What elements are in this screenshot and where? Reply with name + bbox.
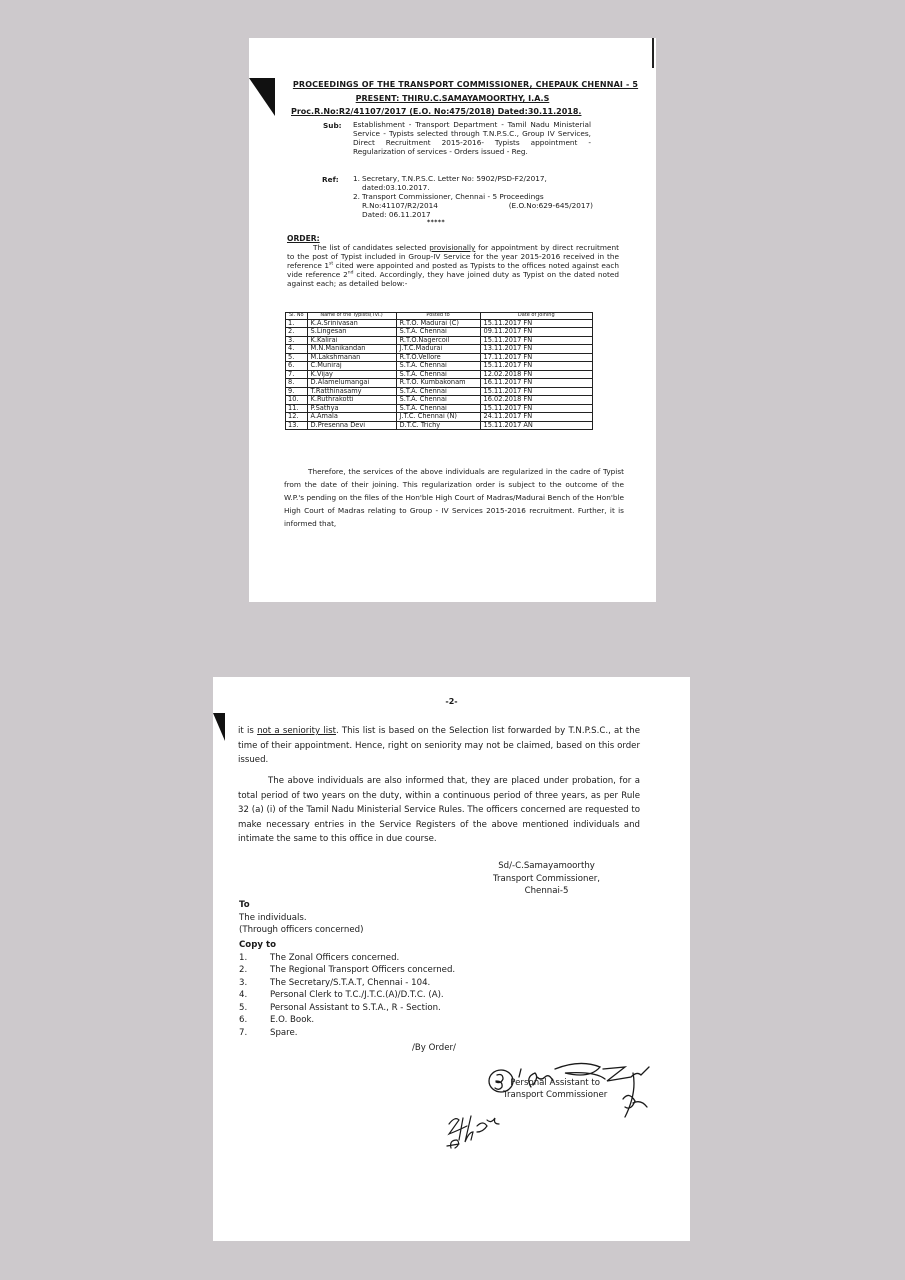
subject-label: Sub: xyxy=(323,121,342,130)
cell-typist-name: D.Alamelumangai xyxy=(307,379,396,388)
cell-typist-name: A.Amala xyxy=(307,413,396,422)
to-line: The individuals. xyxy=(239,912,363,925)
document-page-1: PROCEEDINGS OF THE TRANSPORT COMMISSIONE… xyxy=(249,38,656,602)
commissioner-signature-block: Sd/-C.Samayamoorthy Transport Commission… xyxy=(493,860,600,898)
cell-date-of-joining: 16.11.2017 FN xyxy=(480,379,592,388)
cell-sl-no: 2. xyxy=(286,328,308,337)
copy-to-list: 1.The Zonal Officers concerned.2.The Reg… xyxy=(239,952,455,1040)
pa-line: Personal Assistant to xyxy=(503,1077,607,1089)
reference-item: 1. Secretary, T.N.P.S.C. Letter No: 5902… xyxy=(353,174,593,192)
cell-sl-no: 12. xyxy=(286,413,308,422)
table-row: 6.C.MunirajS.T.A. Chennai15.11.2017 FN xyxy=(286,362,593,371)
page-edge-mark xyxy=(652,38,654,68)
cell-posted-to: J.T.C.Madurai xyxy=(396,345,480,354)
copy-to-item: 6.E.O. Book. xyxy=(239,1014,455,1027)
copy-to-item: 1.The Zonal Officers concerned. xyxy=(239,952,455,965)
cell-posted-to: D.T.C. Trichy xyxy=(396,421,480,430)
proceedings-title: PROCEEDINGS OF THE TRANSPORT COMMISSIONE… xyxy=(275,79,656,90)
signatory-designation: Transport Commissioner, xyxy=(493,873,600,886)
order-paragraph: The list of candidates selected provisio… xyxy=(287,243,619,288)
cell-typist-name: D.Presenna Devi xyxy=(307,421,396,430)
reference-label: Ref: xyxy=(322,175,339,184)
cell-sl-no: 13. xyxy=(286,421,308,430)
cell-typist-name: M.N.Manikandan xyxy=(307,345,396,354)
cell-posted-to: S.T.A. Chennai xyxy=(396,328,480,337)
by-order-text: /By Order/ xyxy=(412,1043,456,1053)
table-row: 13.D.Presenna DeviD.T.C. Trichy15.11.201… xyxy=(286,421,593,430)
separator-stars: ***** xyxy=(427,219,445,226)
table-row: 8.D.AlamelumangaiR.T.O. Kumbakonam16.11.… xyxy=(286,379,593,388)
table-row: 10.K.RuthrakottiS.T.A. Chennai16.02.2018… xyxy=(286,396,593,405)
cell-date-of-joining: 16.02.2018 FN xyxy=(480,396,592,405)
addressee-block: To The individuals. (Through officers co… xyxy=(239,899,363,937)
cell-date-of-joining: 15.11.2017 AN xyxy=(480,421,592,430)
cell-typist-name: S.Lingesan xyxy=(307,328,396,337)
cell-date-of-joining: 13.11.2017 FN xyxy=(480,345,592,354)
initial-and-date-scribble-icon xyxy=(443,1102,513,1152)
cell-sl-no: 10. xyxy=(286,396,308,405)
copy-to-item: 5.Personal Assistant to S.T.A., R - Sect… xyxy=(239,1002,455,1015)
reference-item: 2. Transport Commissioner, Chennai - 5 P… xyxy=(353,192,593,219)
subject-text: Establishment - Transport Department - T… xyxy=(353,120,591,156)
cell-typist-name: C.Muniraj xyxy=(307,362,396,371)
reference-list: 1. Secretary, T.N.P.S.C. Letter No: 5902… xyxy=(353,174,593,219)
seniority-paragraph: it is not a seniority list. This list is… xyxy=(238,724,640,768)
order-heading: ORDER: xyxy=(287,234,320,243)
page-number: -2- xyxy=(213,697,690,706)
cell-posted-to: R.T.O. Kumbakonam xyxy=(396,379,480,388)
cell-date-of-joining: 15.11.2017 FN xyxy=(480,362,592,371)
to-line: (Through officers concerned) xyxy=(239,924,363,937)
cell-sl-no: 8. xyxy=(286,379,308,388)
cell-date-of-joining: 24.11.2017 FN xyxy=(480,413,592,422)
proceedings-reference-number: Proc.R.No:R2/41107/2017 (E.O. No:475/201… xyxy=(291,106,656,117)
copy-to-block: Copy to 1.The Zonal Officers concerned.2… xyxy=(239,939,455,1039)
cell-posted-to: S.T.A. Chennai xyxy=(396,396,480,405)
table-row: 12.A.AmalaJ.T.C. Chennai (N)24.11.2017 F… xyxy=(286,413,593,422)
cell-sl-no: 4. xyxy=(286,345,308,354)
cell-date-of-joining: 09.11.2017 FN xyxy=(480,328,592,337)
probation-paragraph: The above individuals are also informed … xyxy=(238,774,640,847)
signatory-name: Sd/-C.Samayamoorthy xyxy=(493,860,600,873)
personal-assistant-block: Personal Assistant to Transport Commissi… xyxy=(503,1077,607,1101)
present-officer: PRESENT: THIRU.C.SAMAYAMOORTHY, I.A.S xyxy=(249,93,656,104)
cell-posted-to: J.T.C. Chennai (N) xyxy=(396,413,480,422)
to-heading: To xyxy=(239,899,363,912)
copy-to-heading: Copy to xyxy=(239,939,455,952)
copy-to-item: 4.Personal Clerk to T.C./J.T.C.(A)/D.T.C… xyxy=(239,989,455,1002)
copy-to-item: 7.Spare. xyxy=(239,1027,455,1040)
cell-sl-no: 6. xyxy=(286,362,308,371)
typists-table: Sl. No Name of the Typists(Tvl.) Posted … xyxy=(285,312,593,430)
signatory-location: Chennai-5 xyxy=(493,885,600,898)
corner-scan-mark xyxy=(213,713,225,741)
table-row: 4.M.N.ManikandanJ.T.C.Madurai13.11.2017 … xyxy=(286,345,593,354)
document-page-2: -2- it is not a seniority list. This lis… xyxy=(213,677,690,1241)
table-row: 2.S.LingesanS.T.A. Chennai09.11.2017 FN xyxy=(286,328,593,337)
cell-typist-name: K.Ruthrakotti xyxy=(307,396,396,405)
copy-to-item: 2.The Regional Transport Officers concer… xyxy=(239,964,455,977)
pa-line: Transport Commissioner xyxy=(503,1089,607,1101)
regularization-paragraph: Therefore, the services of the above ind… xyxy=(284,465,624,530)
typists-table-body: 1.K.A.SrinivasanR.T.O. Madurai (C)15.11.… xyxy=(286,319,593,430)
cell-posted-to: S.T.A. Chennai xyxy=(396,362,480,371)
copy-to-item: 3.The Secretary/S.T.A.T, Chennai - 104. xyxy=(239,977,455,990)
